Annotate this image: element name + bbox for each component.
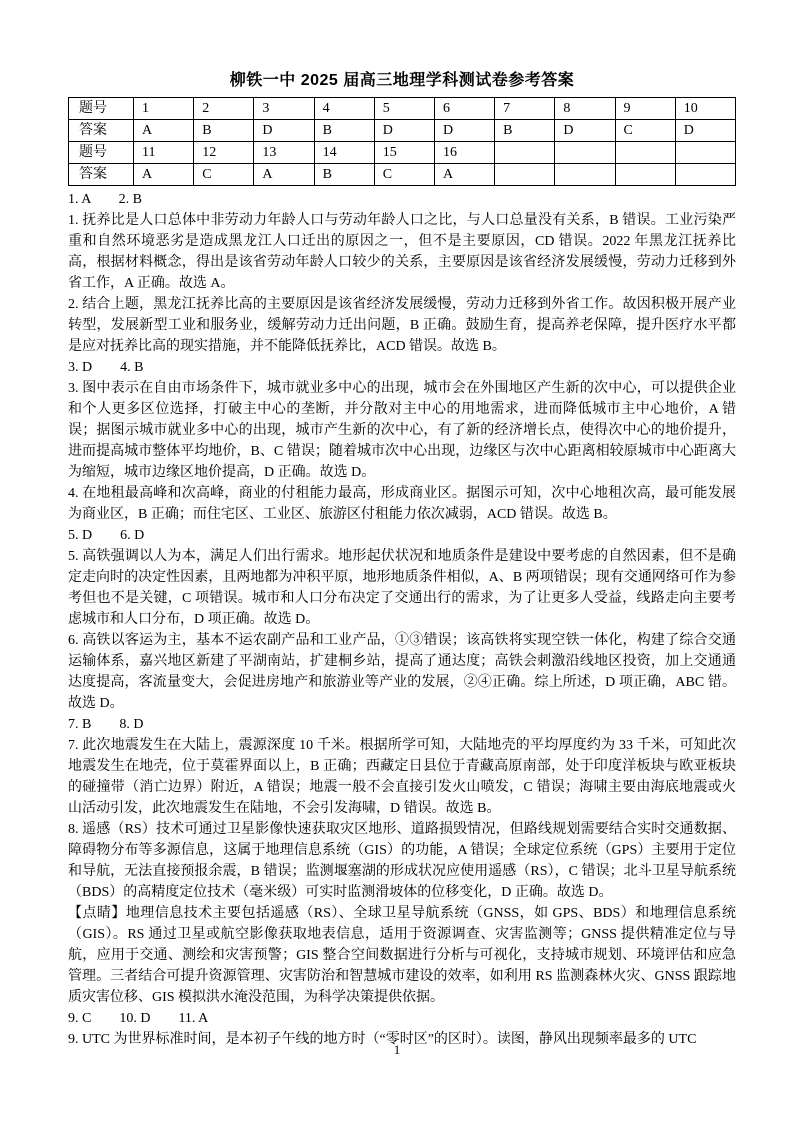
answer-cell: B <box>314 164 374 186</box>
question-number-cell: 6 <box>434 98 494 120</box>
explanation-paragraph: 6. 高铁以客运为主，基本不运农副产品和工业产品，①③错误；该高铁将实现空铁一体… <box>68 630 736 714</box>
answer-cell: D <box>675 120 735 142</box>
table-row-answers-2: 答案 A C A B C A <box>69 164 736 186</box>
explanation-paragraph: 8. 遥感（RS）技术可通过卫星影像快速获取灾区地形、道路损毁情况，但路线规划需… <box>68 819 736 903</box>
explanation-body: 1. A 2. B 1. 抚养比是人口总体中非劳动力年龄人口与劳动年龄人口之比，… <box>68 189 736 1050</box>
answer-cell: B <box>495 120 555 142</box>
answer-cell: C <box>615 120 675 142</box>
empty-cell <box>675 142 735 164</box>
question-number-cell: 13 <box>254 142 314 164</box>
answer-cell: C <box>194 164 254 186</box>
answer-key-line: 5. D 6. D <box>68 525 736 546</box>
highlight-note-paragraph: 【点睛】地理信息技术主要包括遥感（RS）、全球卫星导航系统（GNSS，如 GPS… <box>68 903 736 1008</box>
question-number-cell: 8 <box>555 98 615 120</box>
document-page: 柳铁一中 2025 届高三地理学科测试卷参考答案 题号 1 2 3 4 5 6 … <box>0 0 794 1123</box>
answer-cell: A <box>434 164 494 186</box>
answer-key-line: 9. C 10. D 11. A <box>68 1008 736 1029</box>
answer-key-line: 1. A 2. B <box>68 189 736 210</box>
explanation-paragraph: 5. 高铁强调以人为本，满足人们出行需求。地形起伏状况和地质条件是建设中要考虑的… <box>68 546 736 630</box>
table-row-question-numbers-1: 题号 1 2 3 4 5 6 7 8 9 10 <box>69 98 736 120</box>
empty-cell <box>615 142 675 164</box>
empty-cell <box>615 164 675 186</box>
question-number-cell: 10 <box>675 98 735 120</box>
empty-cell <box>495 142 555 164</box>
question-number-cell: 7 <box>495 98 555 120</box>
answer-cell: A <box>134 120 194 142</box>
explanation-paragraph: 4. 在地租最高峰和次高峰，商业的付租能力最高，形成商业区。据图示可知，次中心地… <box>68 483 736 525</box>
question-number-cell: 9 <box>615 98 675 120</box>
question-number-cell: 11 <box>134 142 194 164</box>
empty-cell <box>675 164 735 186</box>
row-header-cell: 题号 <box>69 142 134 164</box>
explanation-paragraph: 3. 图中表示在自由市场条件下，城市就业多中心的出现，城市会在外围地区产生新的次… <box>68 378 736 483</box>
row-header-cell: 答案 <box>69 164 134 186</box>
question-number-cell: 16 <box>434 142 494 164</box>
answer-cell: B <box>314 120 374 142</box>
table-row-answers-1: 答案 A B D B D D B D C D <box>69 120 736 142</box>
question-number-cell: 15 <box>374 142 434 164</box>
page-content: 柳铁一中 2025 届高三地理学科测试卷参考答案 题号 1 2 3 4 5 6 … <box>68 72 736 1050</box>
question-number-cell: 3 <box>254 98 314 120</box>
empty-cell <box>555 164 615 186</box>
explanation-paragraph: 7. 此次地震发生在大陆上，震源深度 10 千米。根据所学可知，大陆地壳的平均厚… <box>68 735 736 819</box>
question-number-cell: 5 <box>374 98 434 120</box>
table-row-question-numbers-2: 题号 11 12 13 14 15 16 <box>69 142 736 164</box>
page-title: 柳铁一中 2025 届高三地理学科测试卷参考答案 <box>68 72 736 90</box>
row-header-cell: 题号 <box>69 98 134 120</box>
answer-cell: D <box>374 120 434 142</box>
answer-cell: A <box>254 164 314 186</box>
answer-cell: B <box>194 120 254 142</box>
question-number-cell: 12 <box>194 142 254 164</box>
question-number-cell: 4 <box>314 98 374 120</box>
empty-cell <box>495 164 555 186</box>
row-header-cell: 答案 <box>69 120 134 142</box>
question-number-cell: 1 <box>134 98 194 120</box>
answer-key-line: 3. D 4. B <box>68 357 736 378</box>
answer-key-line: 7. B 8. D <box>68 714 736 735</box>
answer-cell: A <box>134 164 194 186</box>
explanation-paragraph: 1. 抚养比是人口总体中非劳动力年龄人口与劳动年龄人口之比，与人口总量没有关系，… <box>68 210 736 294</box>
answer-cell: D <box>555 120 615 142</box>
explanation-paragraph: 2. 结合上题，黑龙江抚养比高的主要原因是该省经济发展缓慢，劳动力迁移到外省工作… <box>68 294 736 357</box>
answer-table: 题号 1 2 3 4 5 6 7 8 9 10 答案 A B D <box>68 97 736 186</box>
answer-cell: D <box>434 120 494 142</box>
answer-cell: C <box>374 164 434 186</box>
question-number-cell: 2 <box>194 98 254 120</box>
page-number: 1 <box>0 1042 794 1058</box>
empty-cell <box>555 142 615 164</box>
answer-cell: D <box>254 120 314 142</box>
question-number-cell: 14 <box>314 142 374 164</box>
